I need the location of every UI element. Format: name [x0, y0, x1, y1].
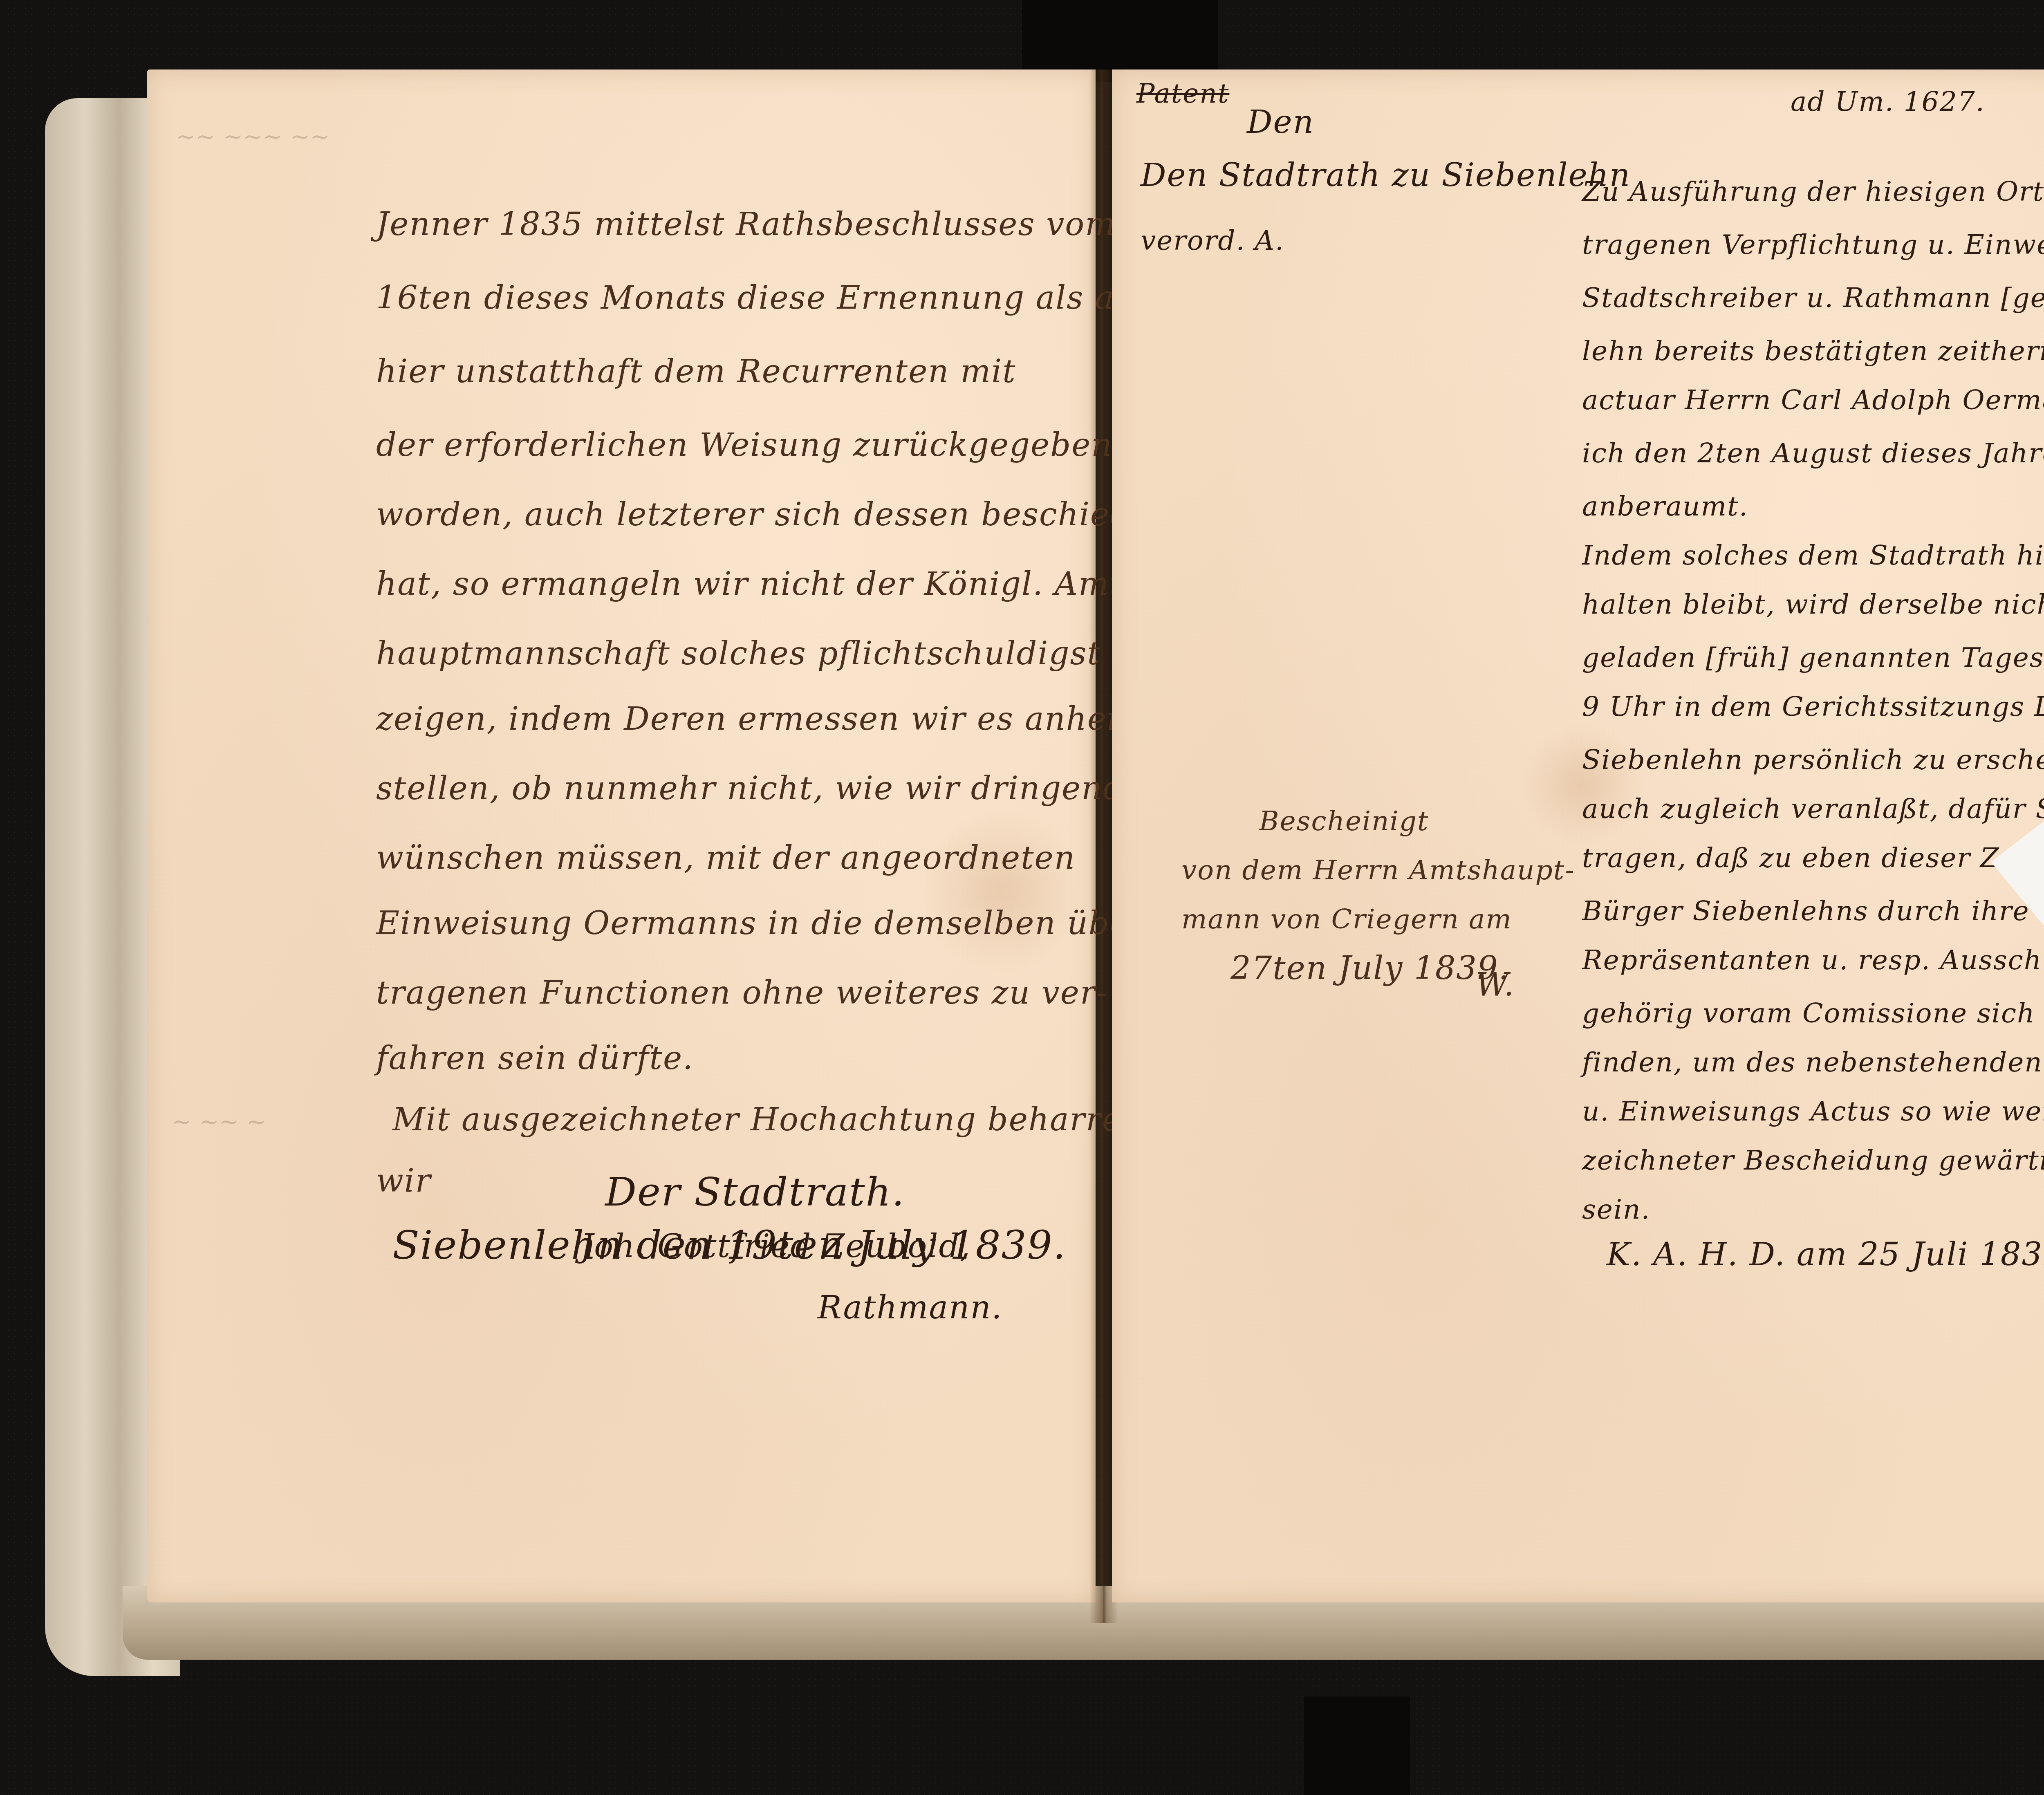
- margin-note-line: Bescheinigt: [1259, 805, 1429, 837]
- text-line: fahren sein dürfte.: [376, 1042, 694, 1074]
- text-line: Bürger Siebenlehns durch ihre Stadt-: [1582, 895, 2044, 927]
- text-line: Stadtschreiber u. Rathmann [gestrichen] …: [1582, 282, 2044, 314]
- text-line: hauptmannschaft solches pflichtschuldigs…: [376, 638, 1204, 670]
- text-line: Siebenlehn persönlich zu erscheinen, son…: [1582, 744, 2044, 775]
- margin-note-line: 27ten July 1839.: [1230, 952, 1509, 984]
- text-line: hier unstatthaft dem Recurrenten mit: [376, 356, 1016, 388]
- text-line: hat, so ermangeln wir nicht der Königl. …: [376, 568, 1152, 600]
- text-line: Jenner 1835 mittelst Rathsbeschlusses vo…: [376, 208, 1116, 240]
- text-line: der erforderlichen Weisung zurückgegeben: [376, 429, 1113, 461]
- bleed-through-text: ~ ~~ ~: [172, 1108, 266, 1136]
- bleed-through-text: ~~ ~~~ ~~: [176, 123, 330, 150]
- text-line: u. Einweisungs Actus so wie weiterer Be-: [1582, 1096, 2044, 1127]
- left-page: ~~ ~~~ ~~ ~ ~~ ~ Jenner 1835 mittelst Ra…: [147, 69, 1096, 1602]
- text-line: tragen, daß zu eben dieser Zeit die: [1582, 842, 2044, 874]
- mount-tab-bottom: [1304, 1696, 1410, 1795]
- text-line: 16ten dieses Monats diese Ernennung als …: [376, 282, 1148, 314]
- folio-note: ad Um. 1627.: [1791, 86, 1985, 117]
- signature-name: Joh. Gottfried Zeubold,: [580, 1230, 971, 1262]
- right-page: Patent Den Den Stadtrath zu Siebenlehn v…: [1112, 69, 2044, 1602]
- text-line: finden, um des nebenstehenden Verpflicht…: [1582, 1047, 2044, 1078]
- text-line: gehörig voram Comissione sich ein-: [1582, 997, 2044, 1029]
- text-line: tragenen Verpflichtung u. Einweisung des…: [1582, 229, 2044, 260]
- text-line: auch zugleich veranlaßt, dafür Sorge zu: [1582, 793, 2044, 825]
- text-line: Zu Ausführung der hiesigen Orts mir über…: [1582, 176, 2044, 207]
- text-line: 9 Uhr in dem Gerichtssitzungs Locale zu: [1582, 691, 2044, 722]
- margin-note-line: mann von Criegern am: [1181, 903, 1512, 935]
- text-line: geladen [früh] genannten Tages früh um: [1582, 642, 2044, 673]
- address-suffix: verord. A.: [1141, 225, 1284, 256]
- text-line: worden, auch letzterer sich dessen besch…: [376, 499, 1172, 531]
- text-line: halten bleibt, wird derselbe nicht nur: [1582, 589, 2044, 620]
- struck-header: Patent: [1136, 78, 1229, 109]
- addressee: Den Stadtrath zu Siebenlehn: [1141, 159, 1631, 191]
- signature-org: Der Stadtrath.: [605, 1169, 905, 1215]
- text-line: Indem solches dem Stadtrath hierdurch un…: [1582, 540, 2044, 571]
- text-line: stellen, ob nunmehr nicht, wie wir dring…: [376, 773, 1124, 805]
- text-line: anberaumt.: [1582, 491, 1748, 522]
- text-line: zeigen, indem Deren ermessen wir es anhe…: [376, 703, 1149, 735]
- text-line: Repräsentanten u. resp. Ausschuß: [1582, 944, 2044, 976]
- text-line: tragenen Functionen ohne weiteres zu ver…: [376, 977, 1108, 1009]
- text-line: actuar Herrn Carl Adolph Oermann, habe: [1582, 384, 2044, 416]
- sign-off: K. A. H. D. am 25 Juli 1839.: [1607, 1239, 2044, 1271]
- margin-note-line: von dem Herrn Amtshaupt-: [1181, 854, 1575, 886]
- water-stain: [924, 805, 1079, 977]
- text-line: ich den 2ten August dieses Jahres termin…: [1582, 437, 2044, 469]
- water-stain: [1521, 724, 1643, 846]
- closing-line-2: wir: [376, 1165, 431, 1197]
- closing-line: Mit ausgezeichneter Hochachtung beharren: [392, 1104, 1143, 1136]
- text-line: sein.: [1582, 1194, 1651, 1225]
- text-line: Einweisung Oermanns in die demselben übe…: [376, 908, 1157, 939]
- text-line: wünschen müssen, mit der angeordneten: [376, 842, 1076, 874]
- text-line: lehn bereits bestätigten zeitherigen Ger…: [1582, 335, 2044, 367]
- address-prefix: Den: [1247, 106, 1314, 138]
- text-line: zeichneter Bescheidung gewärtig zu: [1582, 1145, 2044, 1176]
- margin-note-initial: W.: [1476, 969, 1515, 1001]
- signature-title: Rathmann.: [818, 1292, 1002, 1324]
